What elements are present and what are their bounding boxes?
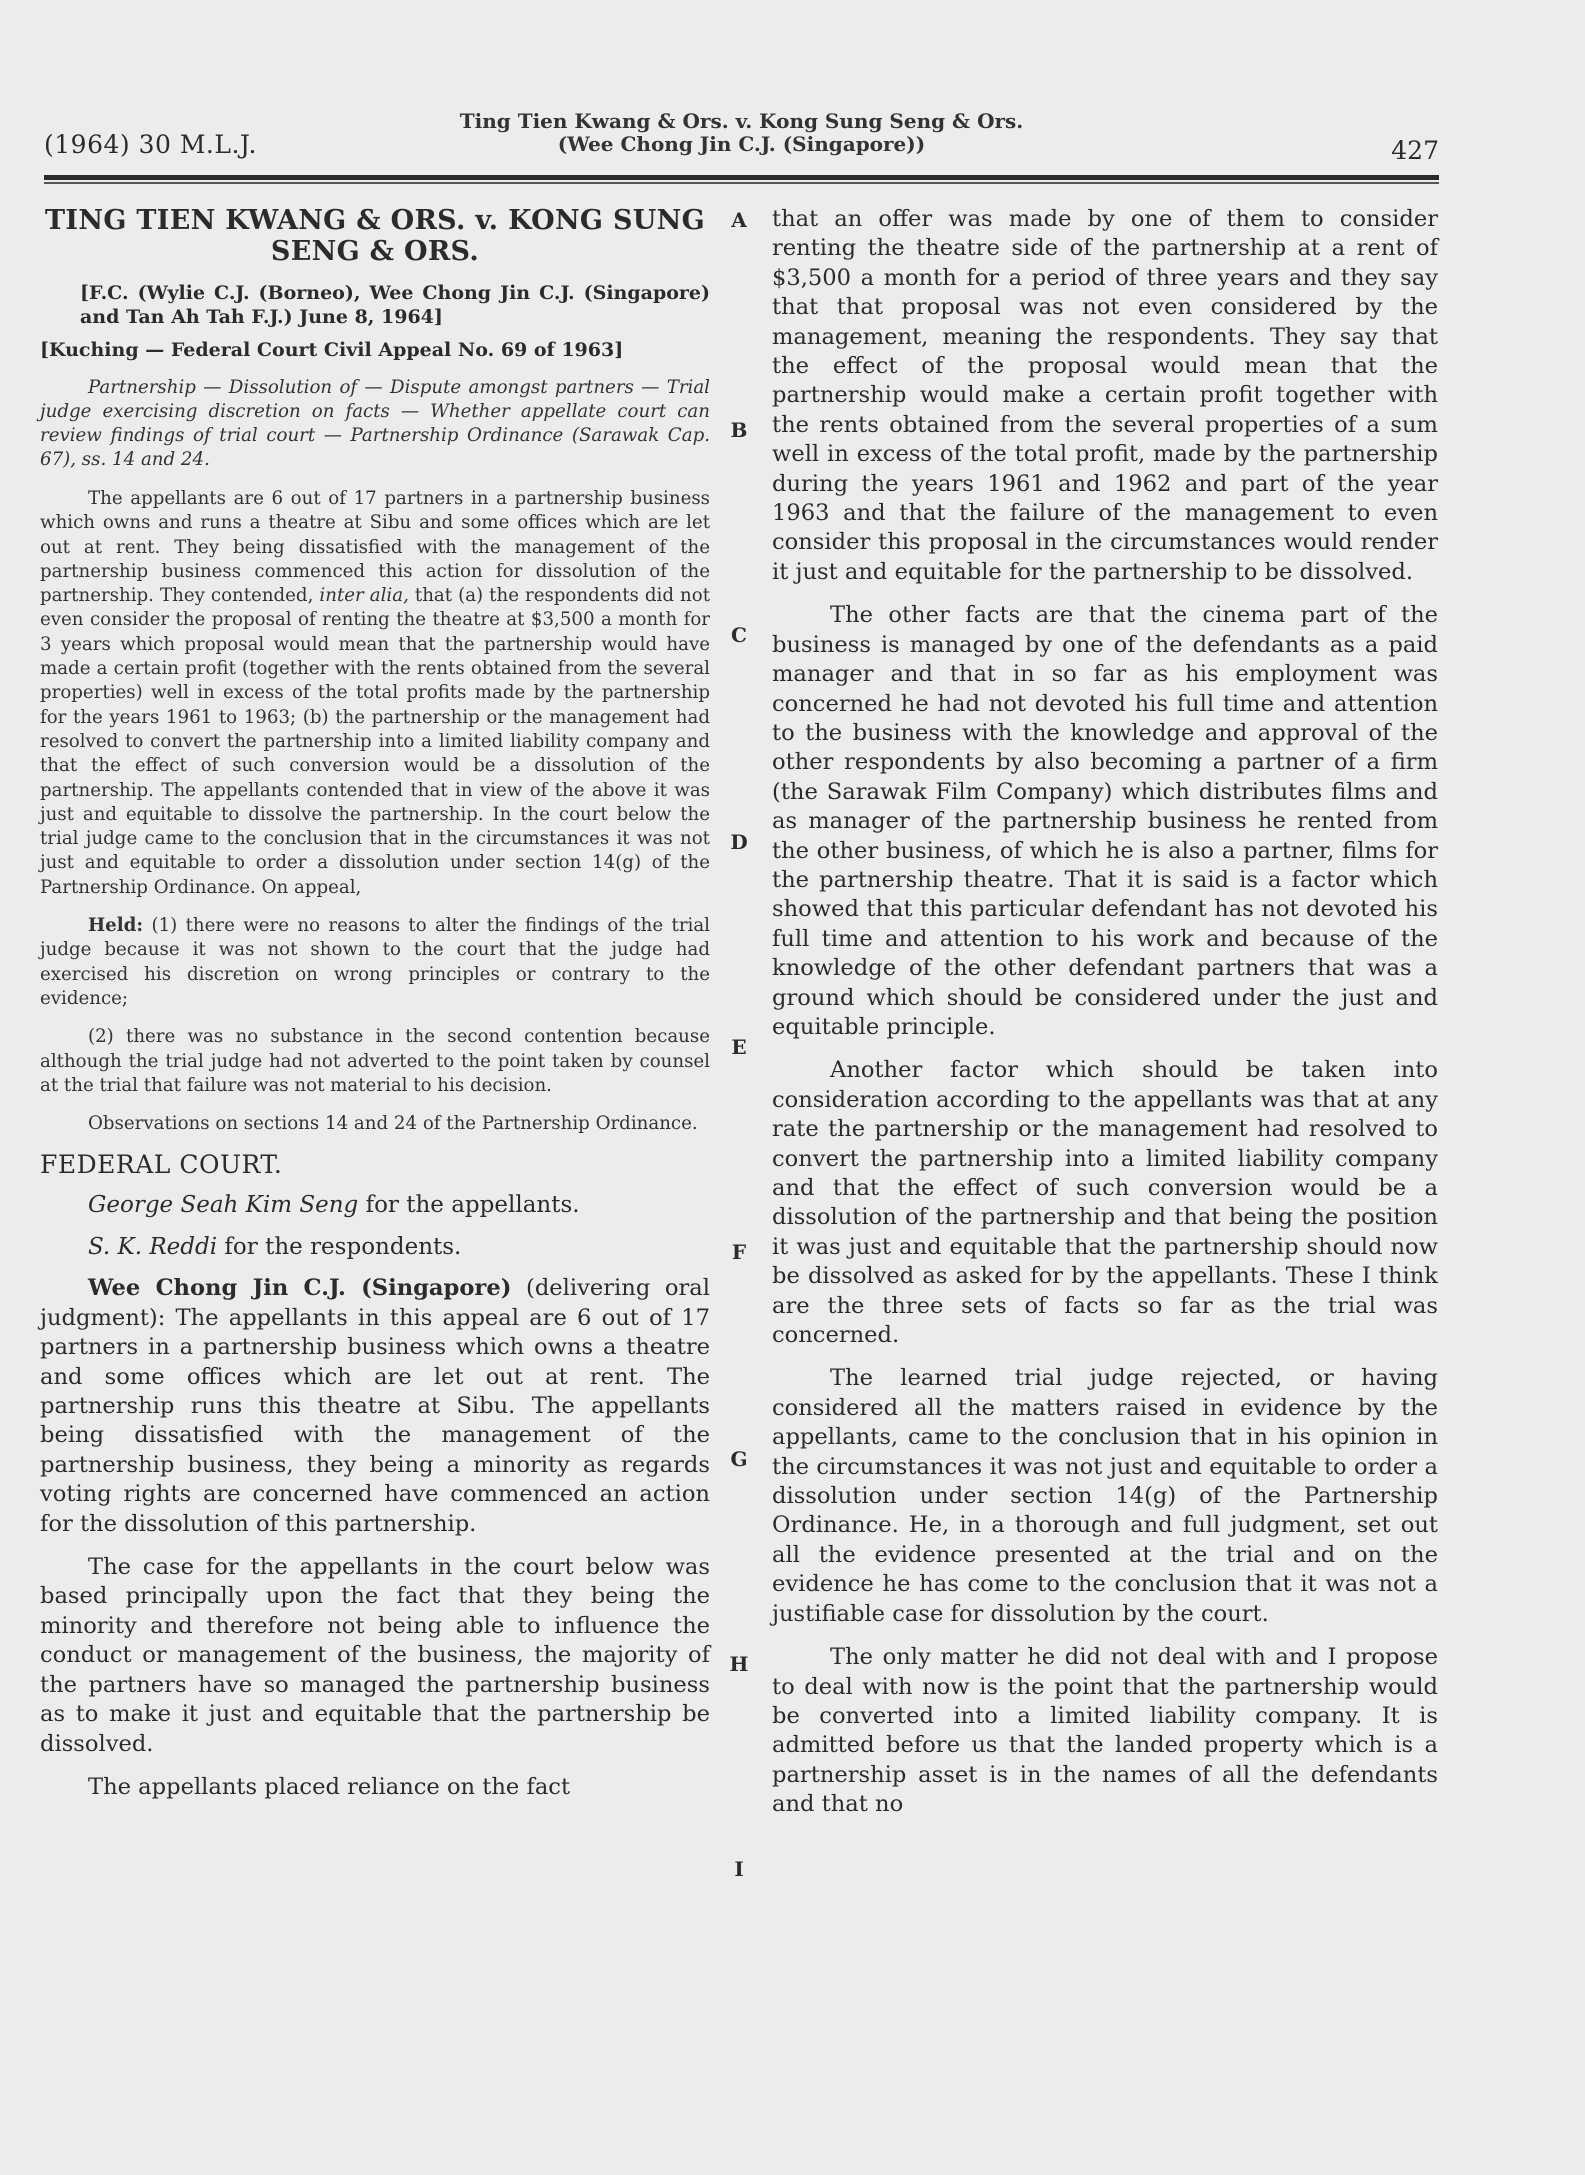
header-rule-thick <box>44 175 1439 180</box>
judgment-paragraph-1: Wee Chong Jin C.J. (Singapore) (deliveri… <box>40 1274 710 1539</box>
judge-name: Wee Chong Jin C.J. (Singapore) <box>88 1275 511 1301</box>
margin-letter-c: C <box>728 623 750 647</box>
counsel-respondents-name: S. K. Reddi <box>88 1234 217 1260</box>
coram: [F.C. (Wylie C.J. (Borneo), Wee Chong Ji… <box>40 281 710 329</box>
held-1: Held: (1) there were no reasons to alter… <box>40 914 710 1011</box>
header-rule-thin <box>44 182 1439 184</box>
held-2: (2) there was no substance in the second… <box>40 1025 710 1098</box>
right-paragraph-2: The other facts are that the cinema part… <box>772 601 1438 1042</box>
counsel-respondents: S. K. Reddi for the respondents. <box>40 1232 710 1262</box>
margin-letter-g: G <box>728 1447 750 1471</box>
margin-letter-d: D <box>728 830 750 854</box>
appeal-number: [Kuching — Federal Court Civil Appeal No… <box>40 338 710 362</box>
margin-letter-e: E <box>728 1035 750 1059</box>
headnote-italic: inter alia, <box>319 585 408 606</box>
margin-letter-f: F <box>728 1240 750 1264</box>
running-title-line2: (Wee Chong Jin C.J. (Singapore)) <box>44 133 1439 156</box>
right-paragraph-3: Another factor which should be taken int… <box>772 1056 1438 1350</box>
right-column: that an offer was made by one of them to… <box>772 205 1438 1834</box>
right-paragraph-5: The only matter he did not deal with and… <box>772 1643 1438 1819</box>
right-paragraph-4: The learned trial judge rejected, or hav… <box>772 1364 1438 1629</box>
margin-letter-i: I <box>728 1857 750 1881</box>
observations: Observations on sections 14 and 24 of th… <box>40 1112 710 1136</box>
running-title-line1: Ting Tien Kwang & Ors. v. Kong Sung Seng… <box>44 110 1439 133</box>
judgment-paragraph-2: The case for the appellants in the court… <box>40 1553 710 1759</box>
held-label: Held: <box>88 915 143 936</box>
right-paragraph-1: that an offer was made by one of them to… <box>772 205 1438 587</box>
counsel-appellants: George Seah Kim Seng for the appellants. <box>40 1190 710 1220</box>
running-title: Ting Tien Kwang & Ors. v. Kong Sung Seng… <box>44 110 1439 156</box>
running-header: (1964) 30 M.L.J. Ting Tien Kwang & Ors. … <box>44 108 1439 168</box>
judgment-paragraph-3: The appellants placed reliance on the fa… <box>40 1773 710 1802</box>
headnote-text-b: that (a) the respondents did not even co… <box>40 585 710 898</box>
counsel-appellants-role: for the appellants. <box>366 1192 580 1218</box>
margin-letter-a: A <box>728 208 750 232</box>
counsel-respondents-role: for the respondents. <box>224 1234 461 1260</box>
margin-letter-h: H <box>728 1652 750 1676</box>
case-title: TING TIEN KWANG & ORS. v. KONG SUNG SENG… <box>40 205 710 267</box>
judgment-p1-text: (delivering oral judgment): The appellan… <box>40 1275 710 1536</box>
counsel-appellants-name: George Seah Kim Seng <box>88 1192 358 1218</box>
margin-letter-b: B <box>728 418 750 442</box>
left-column: TING TIEN KWANG & ORS. v. KONG SUNG SENG… <box>40 205 710 1816</box>
page-number: 427 <box>1391 136 1439 165</box>
court-heading: FEDERAL COURT. <box>40 1150 710 1180</box>
headnote-facts: The appellants are 6 out of 17 partners … <box>40 487 710 900</box>
catchwords: Partnership — Dissolution of — Dispute a… <box>40 376 710 472</box>
